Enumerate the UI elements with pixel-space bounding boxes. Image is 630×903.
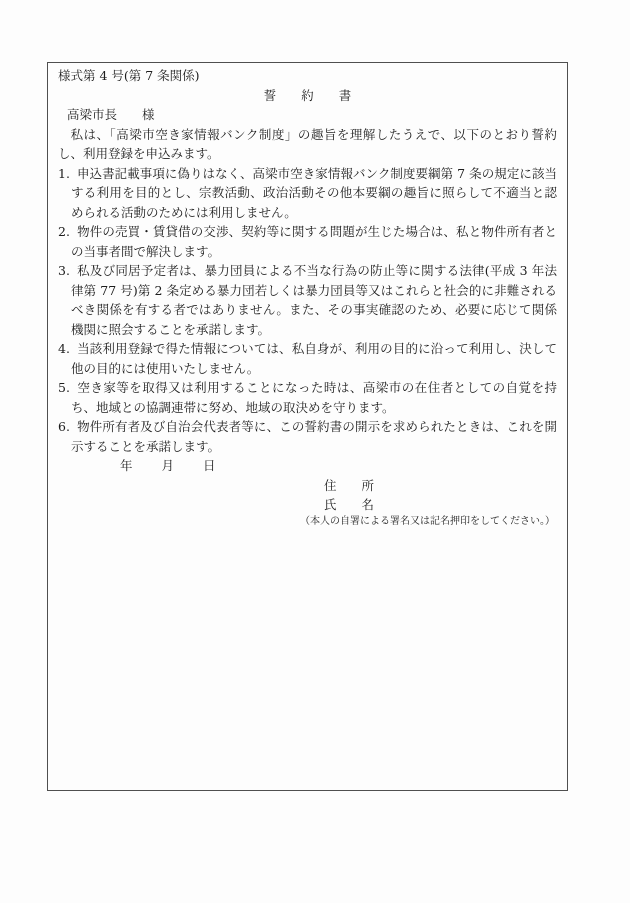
pledge-item-3-text: 私及び同居予定者は、暴力団員による不当な行為の防止等に関する法律(平成 3 年法…	[71, 263, 557, 337]
pledge-item-5-text: 空き家等を取得又は利用することになった時は、高梁市の在住者としての自覚を持ち、地…	[71, 380, 557, 415]
pledge-item-5-number: 5.	[58, 380, 70, 395]
pledge-item-4-text: 当該利用登録で得た情報については、私自身が、利用の目的に沿って利用し、決して他の…	[71, 341, 557, 376]
pledge-item-5: 5.空き家等を取得又は利用することになった時は、高梁市の在住者としての自覚を持ち…	[58, 378, 557, 417]
signature-instruction-note: （本人の自署による署名又は記名押印をしてください。）	[58, 515, 557, 529]
pledge-item-4: 4.当該利用登録で得た情報については、私自身が、利用の目的に沿って利用し、決して…	[58, 339, 557, 378]
pledge-item-1: 1.申込書記載事項に偽りはなく、高梁市空き家情報バンク制度要綱第 7 条の規定に…	[58, 164, 557, 223]
form-number-label: 様式第 4 号(第 7 条関係)	[58, 66, 557, 86]
date-fill-in-line: 年 月 日	[58, 456, 557, 476]
document-title: 誓 約 書	[58, 86, 557, 106]
address-label-line: 住 所	[58, 476, 557, 496]
pledge-item-6-number: 6.	[58, 419, 70, 434]
pledge-item-3-number: 3.	[58, 263, 70, 278]
pledge-item-6-text: 物件所有者及び自治会代表者等に、この誓約書の開示を求められたときは、これを開示す…	[71, 419, 557, 454]
pledge-item-6: 6.物件所有者及び自治会代表者等に、この誓約書の開示を求められたときは、これを開…	[58, 417, 557, 456]
page-background: { "document": { "form_number": "様式第 4 号(…	[0, 0, 630, 903]
pledge-item-3: 3.私及び同居予定者は、暴力団員による不当な行為の防止等に関する法律(平成 3 …	[58, 261, 557, 339]
pledge-item-2-text: 物件の売買・賃貸借の交渉、契約等に関する問題が生じた場合は、私と物件所有者との当…	[71, 224, 557, 259]
pledge-item-4-number: 4.	[58, 341, 70, 356]
addressee-line: 高梁市長 様	[58, 105, 557, 125]
pledge-item-1-text: 申込書記載事項に偽りはなく、高梁市空き家情報バンク制度要綱第 7 条の規定に該当…	[71, 166, 557, 220]
pledge-item-2-number: 2.	[58, 224, 70, 239]
pledge-item-1-number: 1.	[58, 166, 70, 181]
pledge-item-2: 2.物件の売買・賃貸借の交渉、契約等に関する問題が生じた場合は、私と物件所有者と…	[58, 222, 557, 261]
name-label-line: 氏 名	[58, 495, 557, 515]
intro-paragraph: 私は、「高梁市空き家情報バンク制度」の趣旨を理解したうえで、以下のとおり誓約し、…	[58, 125, 557, 164]
pledge-form-sheet: 様式第 4 号(第 7 条関係) 誓 約 書 高梁市長 様 私は、「高梁市空き家…	[47, 62, 568, 791]
